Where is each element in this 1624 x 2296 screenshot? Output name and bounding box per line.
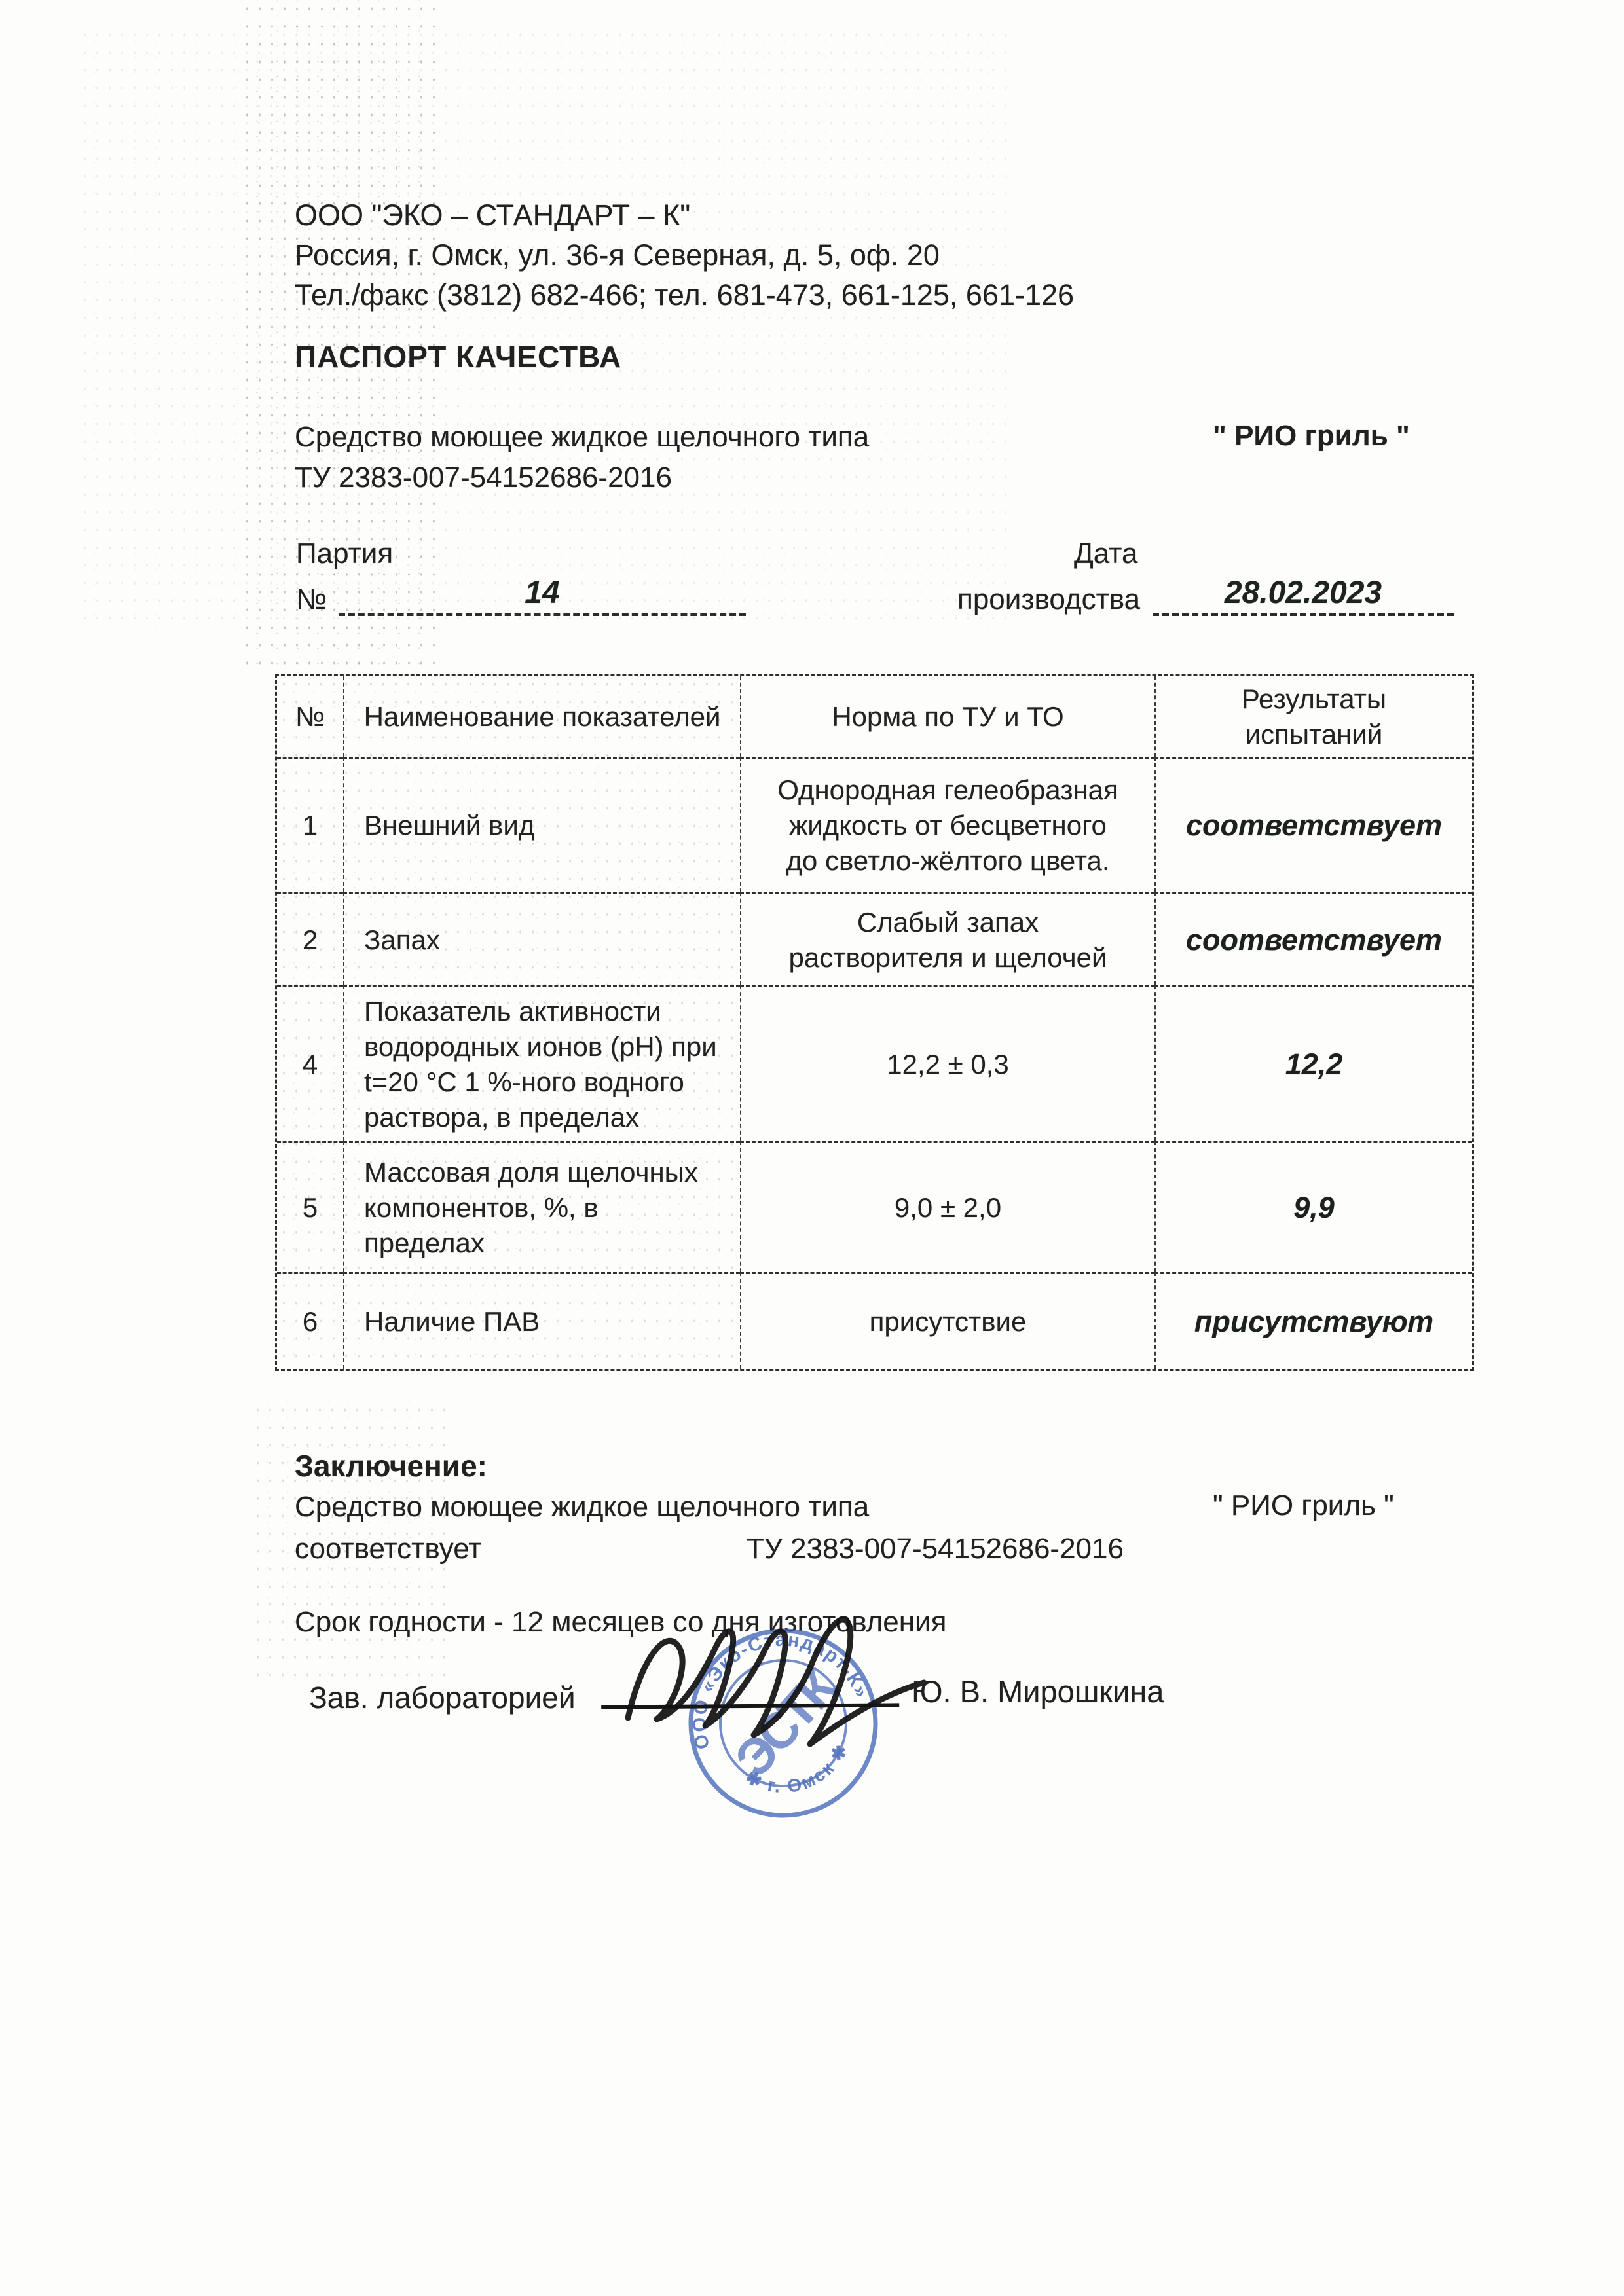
col-header-result: Результаты испытаний [1154,676,1472,757]
row-result: присутствуют [1154,1272,1472,1369]
date-label: Дата [1074,534,1137,574]
conclusion-verdict: соответствует [295,1529,481,1569]
row-norm: 12,2 ± 0,3 [740,985,1154,1141]
product-tu: ТУ 2383-007-54152686-2016 [295,458,672,498]
signature-role-label: Зав. лабораторией [309,1680,576,1715]
row-norm: 9,0 ± 2,0 [740,1141,1154,1272]
conclusion-product: Средство моющее жидкое щелочного типа [295,1487,869,1527]
row-result: соответствует [1154,892,1472,985]
row-result: 12,2 [1154,985,1472,1141]
row-result: 9,9 [1154,1141,1472,1272]
scan-noise-light [79,26,1008,635]
handwritten-signature [619,1596,933,1760]
row-norm: Однородная гелеобразная жидкость от бесц… [740,757,1154,892]
batch-number-line: 14 [339,575,746,616]
row-name: Показатель активности водородных ионов (… [343,985,740,1141]
company-address: Россия, г. Омск, ул. 36-я Северная, д. 5… [295,235,1074,275]
company-name: ООО "ЭКО – СТАНДАРТ – К" [295,195,1074,235]
row-name: Внешний вид [343,757,740,892]
test-results-table: № Наименование показателей Норма по ТУ и… [275,674,1474,1371]
row-num: 6 [277,1272,343,1369]
product-name: Средство моющее жидкое щелочного типа [295,418,869,457]
row-num: 4 [277,985,343,1141]
batch-label: Партия [296,534,393,574]
date-sublabel: производства [957,580,1140,619]
batch-number-value: 14 [525,575,559,610]
row-norm: присутствие [740,1272,1154,1369]
company-header: ООО "ЭКО – СТАНДАРТ – К" Россия, г. Омск… [295,195,1074,315]
scanned-document-page: ООО "ЭКО – СТАНДАРТ – К" Россия, г. Омск… [0,0,1624,2296]
document-title: ПАСПОРТ КАЧЕСТВА [295,339,621,374]
signatory-name: Ю. В. Мирошкина [912,1673,1164,1709]
row-num: 2 [277,892,343,985]
row-num: 5 [277,1141,343,1272]
row-norm: Слабый запах растворителя и щелочей [740,892,1154,985]
row-name: Массовая доля щелочных компонентов, %, в… [343,1141,740,1272]
batch-no-label: № [296,580,327,619]
conclusion-tu: ТУ 2383-007-54152686-2016 [747,1529,1124,1569]
col-header-norm: Норма по ТУ и ТО [740,676,1154,757]
row-name: Наличие ПАВ [343,1272,740,1369]
product-brand: " РИО гриль " [1213,416,1410,456]
company-phone: Тел./факс (3812) 682-466; тел. 681-473, … [295,275,1074,315]
col-header-name: Наименование показателей [343,676,740,757]
row-name: Запах [343,892,740,985]
date-value: 28.02.2023 [1225,575,1382,610]
row-result: соответствует [1154,757,1472,892]
row-num: 1 [277,757,343,892]
col-header-num: № [277,676,343,757]
conclusion-label: Заключение: [295,1448,487,1484]
date-value-line: 28.02.2023 [1153,575,1454,616]
conclusion-brand: " РИО гриль " [1213,1486,1394,1525]
